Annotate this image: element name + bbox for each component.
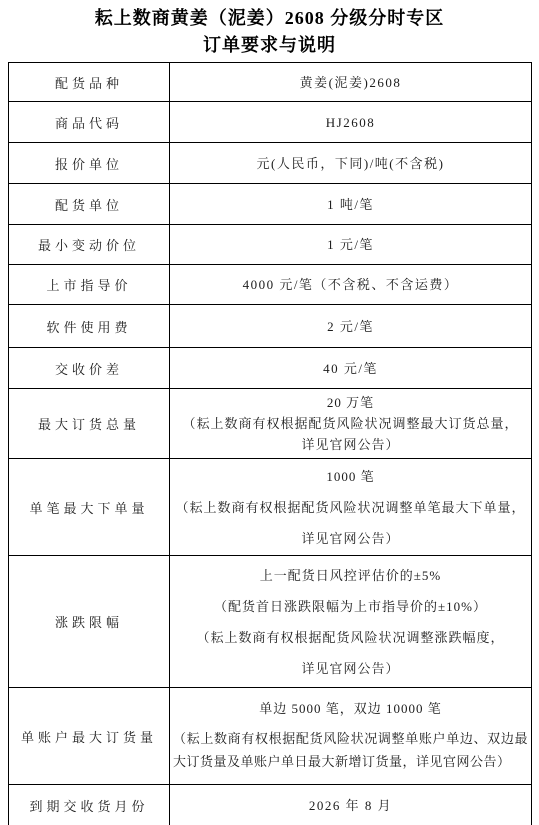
row-label: 最小变动价位 [9,225,170,265]
table-row: 最小变动价位1 元/笔 [9,225,532,265]
table-row: 单笔最大下单量1000 笔（耘上数商有权根据配货风险状况调整单笔最大下单量，详见… [9,459,532,556]
value-line: 40 元/笔 [170,359,531,378]
table-row: 配货品种黄姜(泥姜)2608 [9,63,532,102]
row-value: 1 吨/笔 [170,184,532,225]
row-label: 报价单位 [9,143,170,184]
row-value: 黄姜(泥姜)2608 [170,63,532,102]
row-label: 单账户最大订货量 [9,688,170,785]
row-value: 1000 笔（耘上数商有权根据配货风险状况调整单笔最大下单量，详见官网公告） [170,459,532,556]
row-label: 软件使用费 [9,305,170,348]
value-line: 单边 5000 笔，双边 10000 笔 [170,699,531,719]
value-line: （耘上数商有权根据配货风险状况调整最大订货总量， [170,413,531,434]
value-line: 元(人民币，下同)/吨(不含税) [170,154,531,173]
value-line: 1 元/笔 [170,235,531,254]
value-line: 上一配货日风控评估价的±5% [170,560,531,591]
table-row: 最大订货总量20 万笔（耘上数商有权根据配货风险状况调整最大订货总量，详见官网公… [9,389,532,459]
row-label: 单笔最大下单量 [9,459,170,556]
document-page: 耘上数商黄姜（泥姜）2608 分级分时专区 订单要求与说明 配货品种黄姜(泥姜)… [0,0,539,825]
row-value: HJ2608 [170,102,532,143]
value-line: 2026 年 8 月 [170,796,531,815]
title-line-2: 订单要求与说明 [0,32,539,59]
document-title: 耘上数商黄姜（泥姜）2608 分级分时专区 订单要求与说明 [0,0,539,59]
row-value: 元(人民币，下同)/吨(不含税) [170,143,532,184]
row-value: 2 元/笔 [170,305,532,348]
value-line: 1 吨/笔 [170,195,531,214]
value-line: （配货首日涨跌限幅为上市指导价的±10%） [170,591,531,622]
value-line: 1000 笔 [170,461,531,492]
row-value: 1 元/笔 [170,225,532,265]
table-row: 涨跌限幅上一配货日风控评估价的±5%（配货首日涨跌限幅为上市指导价的±10%）（… [9,556,532,688]
row-label: 最大订货总量 [9,389,170,459]
value-line: HJ2608 [170,113,531,132]
table-row: 到期交收货月份2026 年 8 月 [9,785,532,825]
value-line: 详见官网公告） [170,653,531,684]
value-line: （耘上数商有权根据配货风险状况调整单笔最大下单量， [170,492,531,523]
spec-table: 配货品种黄姜(泥姜)2608商品代码HJ2608报价单位元(人民币，下同)/吨(… [8,62,532,825]
row-label: 到期交收货月份 [9,785,170,825]
value-line: 黄姜(泥姜)2608 [170,73,531,92]
value-line: 详见官网公告） [170,523,531,554]
row-label: 上市指导价 [9,265,170,305]
row-label: 配货品种 [9,63,170,102]
title-line-1: 耘上数商黄姜（泥姜）2608 分级分时专区 [0,5,539,32]
row-value: 20 万笔（耘上数商有权根据配货风险状况调整最大订货总量，详见官网公告） [170,389,532,459]
value-line: 4000 元/笔（不含税、不含运费） [170,275,531,294]
value-line: 详见官网公告） [170,434,531,455]
table-row: 配货单位1 吨/笔 [9,184,532,225]
value-line: 2 元/笔 [170,317,531,336]
row-value: 4000 元/笔（不含税、不含运费） [170,265,532,305]
table-row: 软件使用费2 元/笔 [9,305,532,348]
table-row: 交收价差40 元/笔 [9,348,532,389]
row-label: 商品代码 [9,102,170,143]
table-row: 报价单位元(人民币，下同)/吨(不含税) [9,143,532,184]
row-label: 涨跌限幅 [9,556,170,688]
row-value: 上一配货日风控评估价的±5%（配货首日涨跌限幅为上市指导价的±10%）（耘上数商… [170,556,532,688]
row-label: 交收价差 [9,348,170,389]
table-row: 商品代码HJ2608 [9,102,532,143]
row-value: 40 元/笔 [170,348,532,389]
row-label: 配货单位 [9,184,170,225]
table-row: 单账户最大订货量单边 5000 笔，双边 10000 笔（耘上数商有权根据配货风… [9,688,532,785]
value-line: 20 万笔 [170,392,531,413]
value-line: （耘上数商有权根据配货风险状况调整涨跌幅度， [170,622,531,653]
value-line: （耘上数商有权根据配货风险状况调整单账户单边、双边最大订货量及单账户单日最大新增… [170,727,531,773]
row-value: 单边 5000 笔，双边 10000 笔（耘上数商有权根据配货风险状况调整单账户… [170,688,532,785]
row-value: 2026 年 8 月 [170,785,532,825]
table-row: 上市指导价4000 元/笔（不含税、不含运费） [9,265,532,305]
